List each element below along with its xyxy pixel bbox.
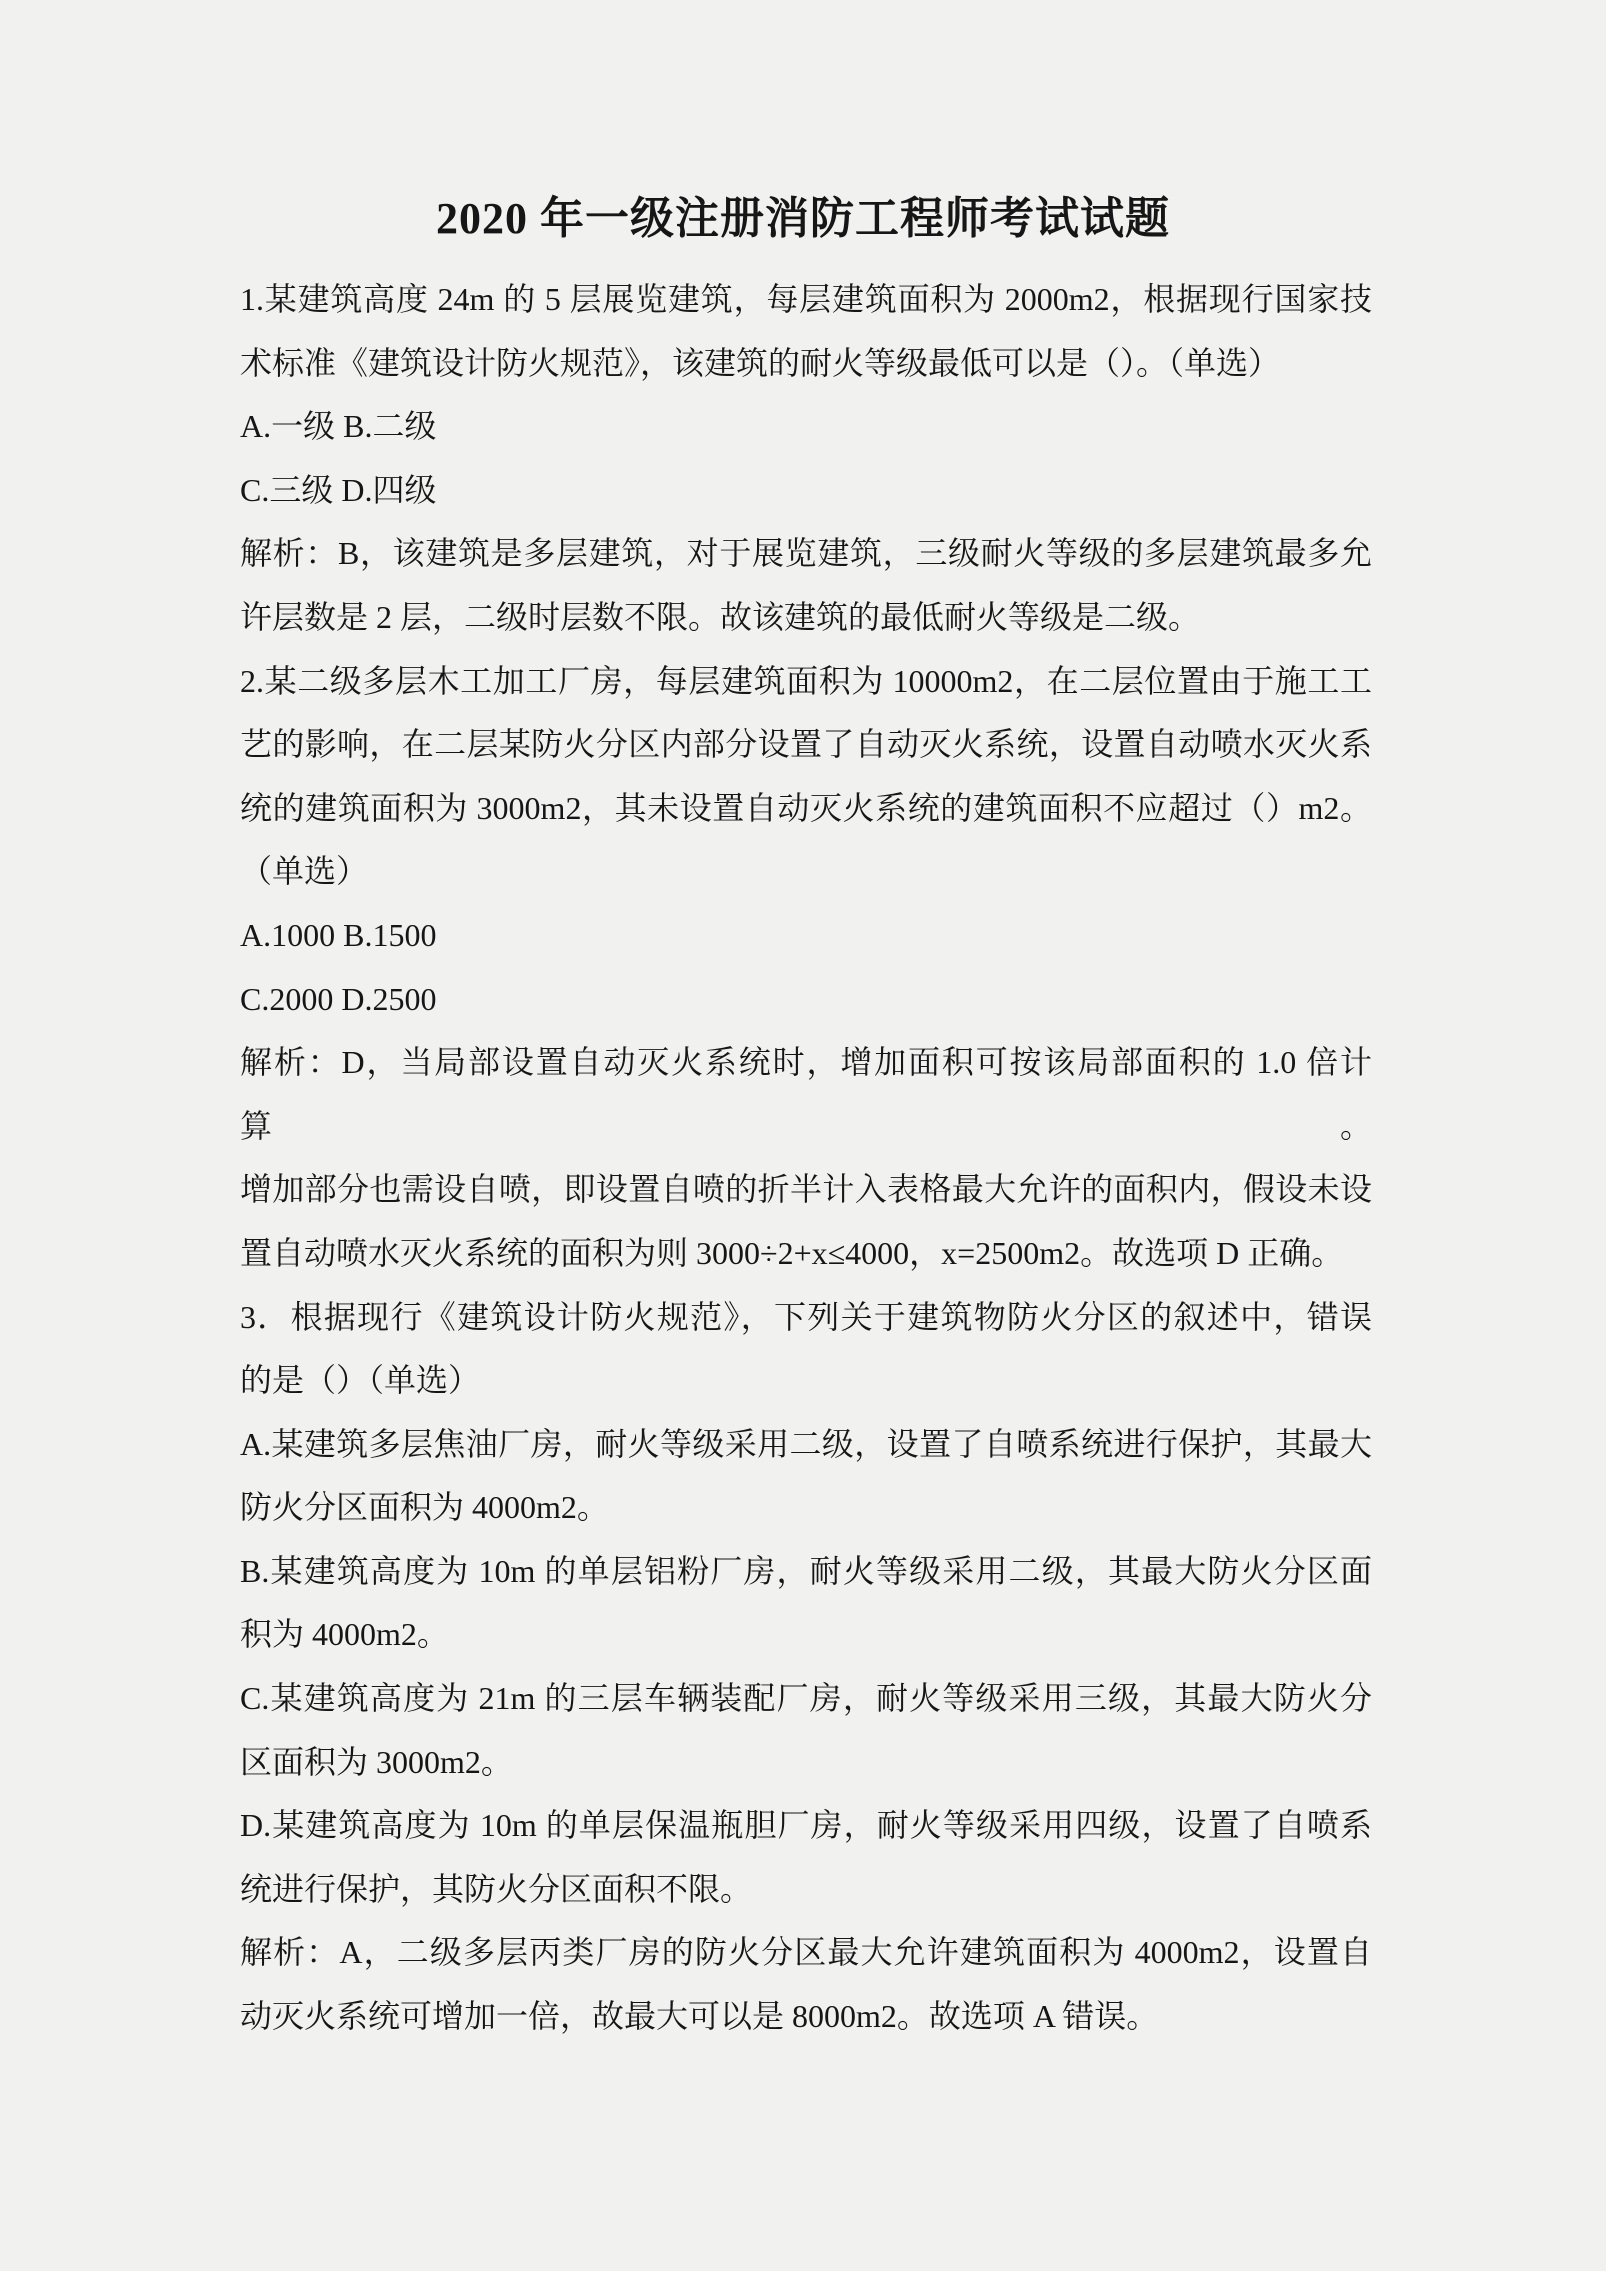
text-line: 3．根据现行《建筑设计防火规范》，下列关于建筑物防火分区的叙述中，错误 [240,1286,1372,1350]
text-line: 防火分区面积为 4000m2。 [240,1476,1372,1540]
text-line: 区面积为 3000m2。 [240,1731,1372,1795]
text-line: （单选） [240,840,1372,904]
text-line: 解析：D，当局部设置自动灭火系统时，增加面积可按该局部面积的 1.0 倍计算。 [240,1031,1372,1158]
text-line: 的是（）（单选） [240,1349,1372,1413]
document-title: 2020 年一级注册消防工程师考试试题 [0,0,1606,248]
text-line: 1.某建筑高度 24m 的 5 层展览建筑，每层建筑面积为 2000m2，根据现… [240,268,1372,332]
text-line: D.某建筑高度为 10m 的单层保温瓶胆厂房，耐火等级采用四级，设置了自喷系 [240,1794,1372,1858]
text-line: 置自动喷水灭火系统的面积为则 3000÷2+x≤4000，x=2500m2。故选… [240,1222,1372,1286]
exam-document-page: 2020 年一级注册消防工程师考试试题 1.某建筑高度 24m 的 5 层展览建… [0,0,1606,2271]
text-line: A.某建筑多层焦油厂房，耐火等级采用二级，设置了自喷系统进行保护，其最大 [240,1413,1372,1477]
text-line: 动灭火系统可增加一倍，故最大可以是 8000m2。故选项 A 错误。 [240,1985,1372,2049]
text-line: 2.某二级多层木工加工厂房，每层建筑面积为 10000m2，在二层位置由于施工工 [240,650,1372,714]
text-line: 艺的影响，在二层某防火分区内部分设置了自动灭火系统，设置自动喷水灭火系 [240,713,1372,777]
text-line: B.某建筑高度为 10m 的单层铝粉厂房，耐火等级采用二级，其最大防火分区面 [240,1540,1372,1604]
text-line: C.2000 D.2500 [240,968,1372,1032]
text-line: A.1000 B.1500 [240,904,1372,968]
text-line: C.某建筑高度为 21m 的三层车辆装配厂房，耐火等级采用三级，其最大防火分 [240,1667,1372,1731]
document-body: 1.某建筑高度 24m 的 5 层展览建筑，每层建筑面积为 2000m2，根据现… [240,268,1372,2049]
text-line: 解析：A，二级多层丙类厂房的防火分区最大允许建筑面积为 4000m2，设置自 [240,1921,1372,1985]
text-line: 许层数是 2 层，二级时层数不限。故该建筑的最低耐火等级是二级。 [240,586,1372,650]
text-line: 术标准《建筑设计防火规范》，该建筑的耐火等级最低可以是（）。（单选） [240,332,1372,396]
text-line: 增加部分也需设自喷，即设置自喷的折半计入表格最大允许的面积内，假设未设 [240,1158,1372,1222]
text-line: A.一级 B.二级 [240,395,1372,459]
text-line: 统进行保护，其防火分区面积不限。 [240,1858,1372,1922]
text-line: 统的建筑面积为 3000m2，其未设置自动灭火系统的建筑面积不应超过（）m2。 [240,777,1372,841]
text-line: 解析：B，该建筑是多层建筑，对于展览建筑，三级耐火等级的多层建筑最多允 [240,522,1372,586]
text-line: 积为 4000m2。 [240,1603,1372,1667]
text-line: C.三级 D.四级 [240,459,1372,523]
